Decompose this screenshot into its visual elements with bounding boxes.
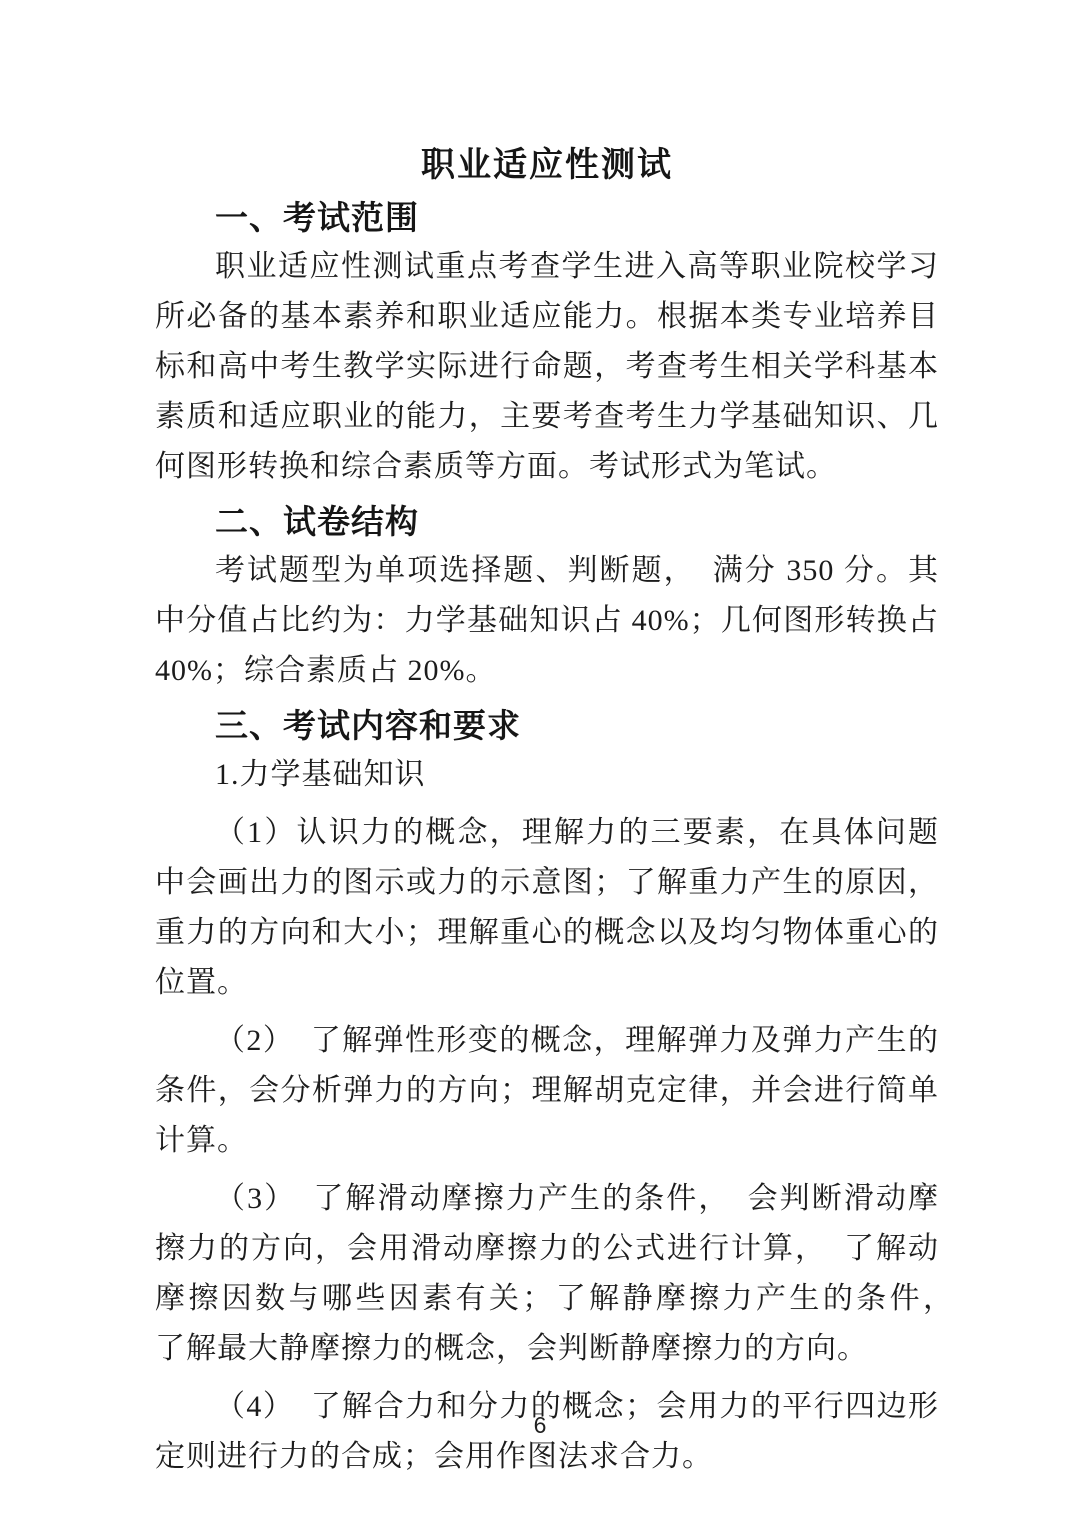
document-title: 职业适应性测试 — [155, 142, 939, 188]
section-3-item-1: （1）认识力的概念，理解力的三要素，在具体问题中会画出力的图示或力的示意图；了解… — [155, 808, 939, 1008]
document-content: 职业适应性测试 一、考试范围 职业适应性测试重点考查学生进入高等职业院校学习所必… — [155, 0, 939, 1482]
section-3-heading: 三、考试内容和要求 — [155, 704, 939, 750]
section-1-heading: 一、考试范围 — [155, 196, 939, 242]
section-1-paragraph: 职业适应性测试重点考查学生进入高等职业院校学习所必备的基本素养和职业适应能力。根… — [155, 242, 939, 492]
section-3-item-3: （3） 了解滑动摩擦力产生的条件， 会判断滑动摩擦力的方向，会用滑动摩擦力的公式… — [155, 1174, 939, 1374]
section-3-item-2: （2） 了解弹性形变的概念，理解弹力及弹力产生的条件，会分析弹力的方向；理解胡克… — [155, 1016, 939, 1166]
page-number: 6 — [534, 1412, 547, 1438]
section-3-subheading: 1.力学基础知识 — [155, 750, 939, 800]
document-page: 职业适应性测试 一、考试范围 职业适应性测试重点考查学生进入高等职业院校学习所必… — [0, 0, 1080, 1527]
page-footer: 6 — [0, 1412, 1080, 1439]
section-2-paragraph: 考试题型为单项选择题、判断题， 满分 350 分。其中分值占比约为：力学基础知识… — [155, 546, 939, 696]
section-2-heading: 二、试卷结构 — [155, 500, 939, 546]
